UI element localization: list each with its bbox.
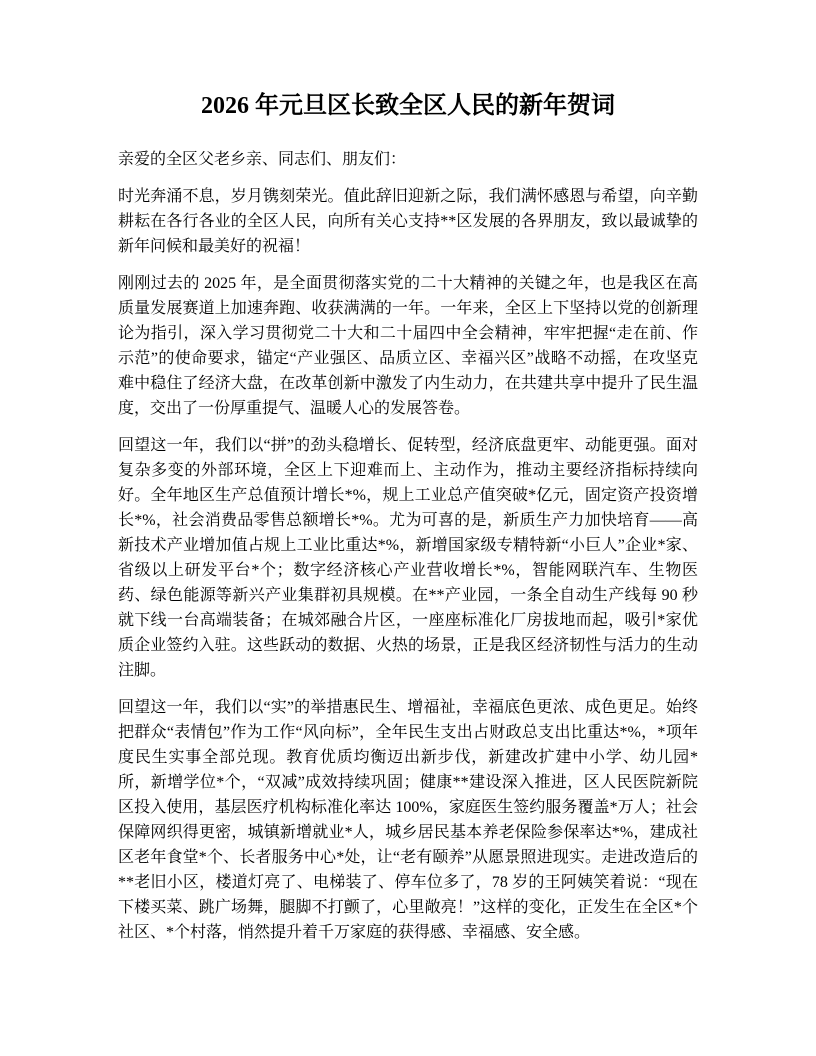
paragraph-greeting: 时光奔涌不息，岁月镌刻荣光。值此辞旧迎新之际，我们满怀感恩与希望，向辛勤耕耘在各… xyxy=(118,184,698,259)
paragraph-year-review: 刚刚过去的 2025 年，是全面贯彻落实党的二十大精神的关键之年，也是我区在高质… xyxy=(118,271,698,421)
document-title: 2026 年元旦区长致全区人民的新年贺词 xyxy=(118,90,698,122)
paragraph-livelihood: 回望这一年，我们以“实”的举措惠民生、增福祉，幸福底色更浓、成色更足。始终把群众… xyxy=(118,695,698,945)
paragraph-economy: 回望这一年，我们以“拼”的劲头稳增长、促转型，经济底盘更牢、动能更强。面对复杂多… xyxy=(118,433,698,683)
document-page: 2026 年元旦区长致全区人民的新年贺词 亲爱的全区父老乡亲、同志们、朋友们： … xyxy=(0,0,816,1056)
salutation: 亲爱的全区父老乡亲、同志们、朋友们： xyxy=(118,147,698,172)
